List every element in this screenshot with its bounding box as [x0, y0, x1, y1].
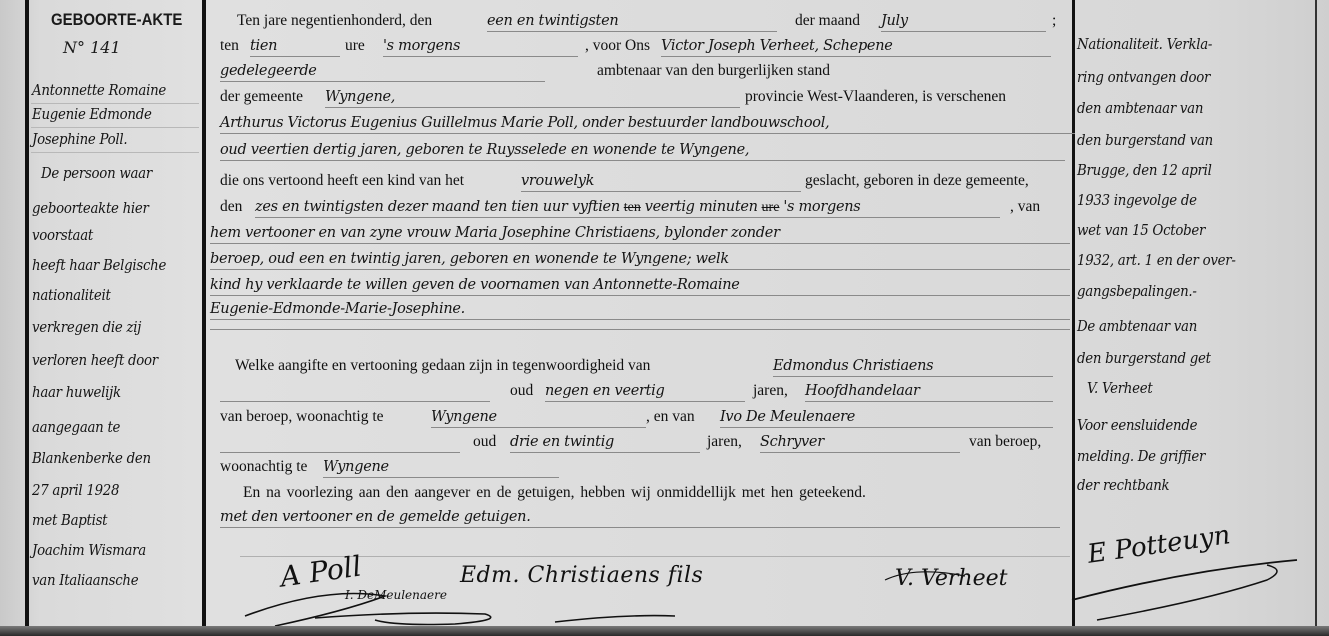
record-line-declarant: Arthurus Victorus Eugenius Guillelmus Ma…	[205, 114, 1065, 138]
margin-note-line: heeft haar Belgische	[32, 255, 166, 277]
mother-field: hem vertooner en van zyne vrouw Maria Jo…	[210, 224, 1070, 244]
margin-note-line: van Italiaansche	[32, 570, 138, 592]
left-margin-annotation: GEBOORTE-AKTE N° 141 Antonnette Romaine …	[29, 0, 201, 626]
printed-text: woonachtig te	[220, 458, 307, 476]
handwritten-birth-time: 's morgens	[783, 199, 860, 215]
witness1-field: Edmondus Christiaens	[773, 357, 1053, 377]
record-line-birth-date: den zes en twintigsten dezer maand ten t…	[205, 198, 1065, 222]
right-note-line: wet van 15 October	[1077, 220, 1205, 242]
akte-title: GEBOORTE-AKTE	[51, 10, 182, 30]
municipality-field: Wyngene,	[325, 88, 740, 108]
handwritten-witness2: Ivo De Meulenaere	[720, 409, 855, 425]
handwritten-declarant-age: oud veertien dertig jaren, geboren te Ru…	[220, 142, 749, 158]
right-note-line: ring ontvangen door	[1077, 67, 1210, 89]
right-note-line: Voor eensluidende	[1077, 415, 1197, 437]
margin-note-line: haar huwelijk	[32, 382, 121, 404]
margin-note-line: met Baptist	[32, 510, 107, 532]
handwritten-hour: tien	[250, 38, 277, 54]
margin-note-line: verloren heeft door	[32, 350, 158, 372]
right-note-line: 1933 ingevolge de	[1077, 190, 1197, 212]
record-line-mother: hem vertooner en van zyne vrouw Maria Jo…	[205, 224, 1065, 248]
child-names-field: kind hy verklaarde te willen geven de vo…	[210, 276, 1070, 296]
printed-text: der gemeente	[220, 88, 303, 106]
handwritten-day: een en twintigsten	[487, 13, 618, 29]
printed-text: ambtenaar van den burgerlijken stand	[597, 62, 830, 80]
printed-text: , voor Ons	[585, 37, 650, 55]
right-note-line: Nationaliteit. Verkla-	[1077, 34, 1212, 56]
handwritten-municipality: Wyngene,	[325, 89, 395, 105]
struck-printed-text: ten	[624, 200, 641, 215]
right-note-line: V. Verheet	[1087, 378, 1152, 400]
printed-text: provincie West-Vlaanderen, is verschenen	[745, 88, 1006, 106]
printed-text: ;	[1052, 12, 1056, 30]
record-line-witness1-age: oud negen en veertig jaren, Hoofdhandela…	[205, 382, 1065, 406]
right-margin-annotation: Nationaliteit. Verkla- ring ontvangen do…	[1077, 0, 1307, 626]
record-line-closing: En na voorlezing aan den aangever en de …	[205, 484, 1065, 508]
day-field: een en twintigsten	[487, 12, 777, 32]
handwritten-witness1-residence: Wyngene	[431, 409, 497, 425]
margin-note-line: verkregen die zij	[32, 317, 141, 339]
handwritten-closing: met den vertooner en de gemelde getuigen…	[220, 509, 531, 525]
page-edge-shadow	[0, 626, 1329, 636]
printed-text: Ten jare negentienhonderd, den	[237, 12, 432, 30]
witness2-age-field: drie en twintig	[510, 433, 700, 453]
witness1-residence-field: Wyngene	[431, 408, 646, 428]
right-note-line: melding. De griffier	[1077, 446, 1205, 468]
handwritten-witness2-residence: Wyngene	[323, 459, 389, 475]
margin-note-line: aangegaan te	[32, 417, 120, 439]
margin-note-line: Blankenberke den	[32, 448, 151, 470]
printed-text: ure	[345, 37, 365, 55]
right-note-line: De ambtenaar van	[1077, 316, 1197, 338]
closing-field: met den vertooner en de gemelde getuigen…	[220, 508, 1060, 528]
handwritten-time: 's morgens	[383, 38, 460, 54]
declarant-age-field: oud veertien dertig jaren, geboren te Ru…	[220, 141, 1065, 161]
printed-text: , en van	[646, 408, 695, 426]
witness2-occupation-field: Schryver	[760, 433, 960, 453]
time-of-day-field: 's morgens	[383, 37, 578, 57]
handwritten-month: July	[881, 13, 908, 29]
record-line-function: gedelegeerde ambtenaar van den burgerlij…	[205, 62, 1065, 86]
printed-text: Welke aangifte en vertooning gedaan zijn…	[235, 357, 650, 375]
declarant-field: Arthurus Victorus Eugenius Guillelmus Ma…	[220, 114, 1075, 134]
witness2-residence-field: Wyngene	[323, 458, 559, 478]
right-note-line: der rechtbank	[1077, 475, 1169, 497]
record-line-witness1: Welke aangifte en vertooning gedaan zijn…	[205, 357, 1065, 381]
right-note-line: den burgerstand get	[1077, 348, 1211, 370]
printed-text: van beroep,	[969, 433, 1041, 451]
handwritten-official: Victor Joseph Verheet, Schepene	[661, 38, 893, 54]
birth-record-body: Ten jare negentienhonderd, den een en tw…	[205, 0, 1065, 626]
handwritten-witness1: Edmondus Christiaens	[773, 358, 933, 374]
record-line-closing-hand: met den vertooner en de gemelde getuigen…	[205, 508, 1065, 532]
printed-text: der maand	[795, 12, 860, 30]
right-outer-rule	[1315, 0, 1317, 626]
signature-flourish	[205, 556, 1065, 636]
function-field: gedelegeerde	[220, 62, 545, 82]
printed-text: van beroep, woonachtig te	[220, 408, 384, 426]
signature-registrar-flourish	[1067, 520, 1307, 630]
record-line-sex: die ons vertoond heeft een kind van het …	[205, 172, 1065, 196]
printed-text: jaren,	[753, 382, 788, 400]
handwritten-sex: vrouwelyk	[521, 173, 594, 189]
record-line-declarant-age: oud veertien dertig jaren, geboren te Ru…	[205, 141, 1065, 165]
mother-age-field: beroep, oud een en twintig jaren, gebore…	[210, 250, 1070, 270]
register-page: GEBOORTE-AKTE N° 141 Antonnette Romaine …	[0, 0, 1329, 636]
printed-text: den	[220, 198, 242, 216]
printed-text: die ons vertoond heeft een kind van het	[220, 172, 464, 190]
right-note-line: gangsbepalingen.-	[1077, 281, 1197, 303]
record-line-witness2: van beroep, woonachtig te Wyngene , en v…	[205, 408, 1065, 432]
margin-name-line: Josephine Poll.	[32, 129, 127, 151]
official-field: Victor Joseph Verheet, Schepene	[661, 37, 1051, 57]
right-note-line: den burgerstand van	[1077, 130, 1213, 152]
blank-field	[220, 433, 460, 453]
handwritten-minutes: veertig minuten	[645, 199, 758, 215]
handwritten-witness2-occupation: Schryver	[760, 434, 824, 450]
record-line-child-names: kind hy verklaarde te willen geven de vo…	[205, 276, 1065, 300]
handwritten-child-names: kind hy verklaarde te willen geven de vo…	[210, 277, 740, 293]
record-line-date: Ten jare negentienhonderd, den een en tw…	[205, 12, 1065, 36]
witness1-occupation-field: Hoofdhandelaar	[805, 382, 1053, 402]
margin-name-line: Antonnette Romaine	[32, 80, 166, 102]
margin-name-line: Eugenie Edmonde	[32, 104, 152, 126]
hour-field: tien	[250, 37, 340, 57]
act-number: N° 141	[63, 38, 121, 57]
printed-text: oud	[473, 433, 496, 451]
printed-text: En na voorlezing aan den aangever en de …	[243, 484, 866, 502]
record-line-witness2-residence: woonachtig te Wyngene	[205, 458, 1065, 482]
witness1-age-field: negen en veertig	[545, 382, 745, 402]
handwritten-birth-date: zes en twintigsten dezer maand ten tien …	[255, 199, 620, 215]
printed-text: jaren,	[707, 433, 742, 451]
margin-note-line: geboorteakte hier	[32, 198, 149, 220]
printed-text: geslacht, geboren in deze gemeente,	[805, 172, 1029, 190]
right-note-line: den ambtenaar van	[1077, 98, 1203, 120]
sex-field: vrouwelyk	[521, 172, 801, 192]
handwritten-mother: hem vertooner en van zyne vrouw Maria Jo…	[210, 225, 780, 241]
handwritten-function: gedelegeerde	[220, 63, 317, 79]
handwritten-witness1-occupation: Hoofdhandelaar	[805, 383, 920, 399]
printed-text: oud	[510, 382, 533, 400]
margin-note-line: Joachim Wismara	[32, 540, 146, 562]
margin-note-line: 27 april 1928	[32, 480, 119, 502]
printed-text: ten	[220, 37, 239, 55]
handwritten-mother-age: beroep, oud een en twintig jaren, gebore…	[210, 251, 729, 267]
margin-note-line: De persoon waar	[41, 163, 152, 185]
handwritten-declarant: Arthurus Victorus Eugenius Guillelmus Ma…	[220, 115, 829, 131]
margin-underline	[31, 127, 199, 128]
right-note-line: Brugge, den 12 april	[1077, 160, 1212, 182]
record-line-hour: ten tien ure 's morgens , voor Ons Victo…	[205, 37, 1065, 61]
record-line-witness2-age: oud drie en twintig jaren, Schryver van …	[205, 433, 1065, 457]
month-field: July	[881, 12, 1046, 32]
witness2-field: Ivo De Meulenaere	[720, 408, 1053, 428]
margin-underline	[31, 152, 199, 153]
birth-date-field: zes en twintigsten dezer maand ten tien …	[255, 198, 1000, 218]
record-line-municipality: der gemeente Wyngene, provincie West-Vla…	[205, 88, 1065, 112]
handwritten-witness2-age: drie en twintig	[510, 434, 614, 450]
printed-text: , van	[1010, 198, 1040, 216]
handwritten-witness1-age: negen en veertig	[545, 383, 665, 399]
blank-field	[220, 382, 490, 402]
blank-rule	[210, 306, 1070, 330]
struck-printed-text: ure	[762, 200, 780, 215]
margin-note-line: nationaliteit	[32, 285, 111, 307]
right-note-line: 1932, art. 1 en der over-	[1077, 250, 1236, 272]
record-line-mother-age: beroep, oud een en twintig jaren, gebore…	[205, 250, 1065, 274]
margin-note-line: voorstaat	[32, 225, 93, 247]
